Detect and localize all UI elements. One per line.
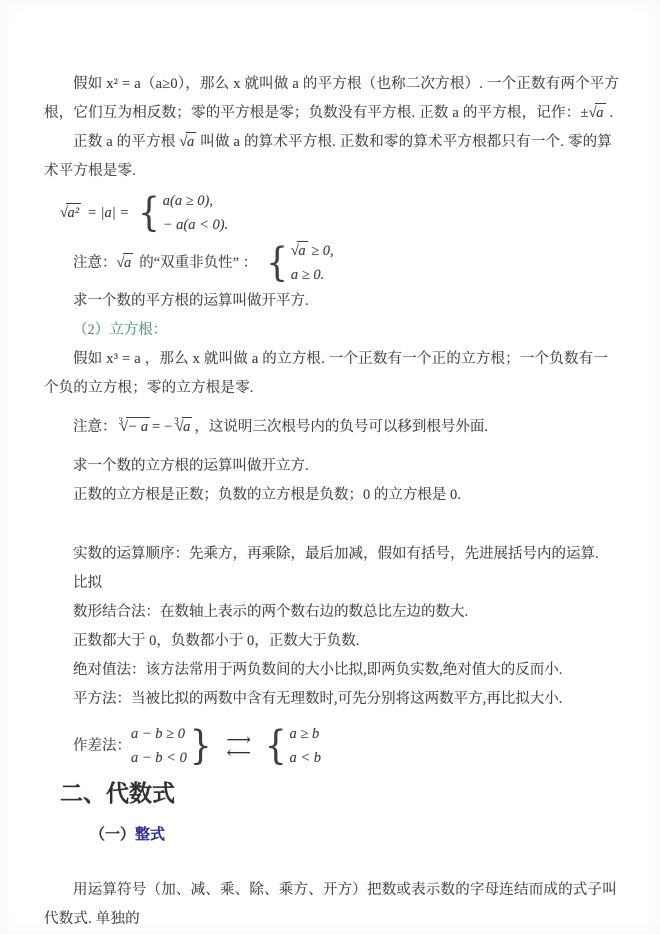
paragraph-algebraic-expression-definition: 用运算符号（加、减、乘、除、乘方、开方）把数或表示数的字母连结而成的式子叫代数式… <box>44 876 622 934</box>
sqrt-a-inline: √a <box>589 105 606 121</box>
sqrt-radicand: a <box>123 253 133 271</box>
root-radicand: − a <box>126 417 150 435</box>
cuberoot-a: 3√a <box>174 419 192 435</box>
sqrt-a-inline: √a <box>291 243 308 259</box>
subsection-term: 整式 <box>135 826 165 843</box>
equals-abs: = |a| = <box>87 199 129 228</box>
sqrt-radicand: a² <box>66 203 81 221</box>
left-brace: { <box>266 237 288 290</box>
cases-column: a ≥ b a < b <box>289 722 321 770</box>
p1-tail: . <box>606 105 614 121</box>
double-arrow-icon: ⟶ ⟵ <box>226 733 249 759</box>
cases-group: { √a ≥ 0, a ≥ 0. <box>263 239 333 287</box>
difference-method-label: 作差法： <box>73 732 131 761</box>
sqrt-a-inline: √a <box>179 134 196 150</box>
paragraph-square-root-definition: 假如 x² = a（a≥0），那么 x 就叫做 a 的平方根（也称二次方根）. … <box>44 70 622 128</box>
case-row-1: a ≥ b <box>289 722 321 746</box>
case-row-1: a(a ≥ 0), <box>163 189 228 213</box>
note-text: ，这说明三次根号内的负号可以移到根号外面. <box>194 419 488 435</box>
case-row-1: a − b ≥ 0 <box>131 722 187 746</box>
note-label: 注意： <box>73 249 117 278</box>
paragraph-squaring-method: 平方法：当被比拟的两数中含有无理数时,可先分别将这两数平方,再比拟大小. <box>44 685 622 714</box>
sqrt-radicand: a <box>595 103 605 121</box>
subsection-heading-integral-expressions: （一）整式 <box>90 822 622 848</box>
equals-minus: = − <box>152 419 172 435</box>
paragraph-cube-root-definition: 假如 x³ = a ，那么 x 就叫做 a 的立方根. 一个正数有一个正的立方根… <box>44 345 622 403</box>
cases-column: a − b ≥ 0 a − b < 0 <box>131 722 187 770</box>
paragraph-arithmetic-square-root: 正数 a 的平方根 √a 叫做 a 的算术平方根. 正数和零的算术平方根都只有一… <box>44 128 622 186</box>
note-cube-root-sign: 注意：3√− a= −3√a，这说明三次根号内的负号可以移到根号外面. <box>44 407 622 442</box>
left-brace: { <box>265 720 287 773</box>
right-cases-group: { a ≥ b a < b <box>262 722 321 770</box>
document-page: 假如 x² = a（a≥0），那么 x 就叫做 a 的平方根（也称二次方根）. … <box>0 0 660 934</box>
case-row-2: − a(a < 0). <box>163 213 228 237</box>
arrow-left-icon: ⟵ <box>226 746 249 759</box>
paragraph-sign-comparison: 正数都大于 0，负数都小于 0，正数大于负数. <box>44 627 622 656</box>
sqrt-a-inline: √a <box>117 249 134 278</box>
sqrt-a2: √a² <box>60 199 81 228</box>
right-brace: } <box>190 720 212 773</box>
left-cases-group: a − b ≥ 0 a − b < 0 } <box>131 722 214 770</box>
paragraph-number-line-method: 数形结合法：在数轴上表示的两个数右边的数总比左边的数大. <box>44 598 622 627</box>
formula-sqrt-a-squared: √a² = |a| = { a(a ≥ 0), − a(a < 0). <box>60 189 622 237</box>
paragraph-open-square: 求一个数的平方根的运算叫做开平方. <box>44 287 622 316</box>
left-brace: { <box>138 187 160 240</box>
p2-text: 正数 a 的平方根 <box>73 134 179 150</box>
sqrt-radicand: a <box>186 132 196 150</box>
root-radicand: a <box>182 417 192 435</box>
case1-rest: ≥ 0, <box>308 243 334 259</box>
case-row-2: a − b < 0 <box>131 746 187 770</box>
note-label: 注意： <box>73 419 117 435</box>
cases-group: { a(a ≥ 0), − a(a < 0). <box>135 189 228 237</box>
cases-column: √a ≥ 0, a ≥ 0. <box>291 239 334 287</box>
case-row-2: a ≥ 0. <box>291 263 334 287</box>
case-row-2: a < b <box>289 746 321 770</box>
sqrt-radicand: a <box>297 241 307 259</box>
subsection-prefix: （一） <box>90 826 135 843</box>
paragraph-compare-title: 比拟 <box>44 569 622 598</box>
p1-text: 假如 x² = a（a≥0），那么 x 就叫做 a 的平方根（也称二次方根）. … <box>44 76 619 121</box>
paragraph-open-cube: 求一个数的立方根的运算叫做开立方. <box>44 452 622 481</box>
section-heading-algebraic-expressions: 二、代数式 <box>60 778 622 808</box>
paragraph-absolute-value-method: 绝对值法：该方法常用于两负数间的大小比拟,即两负实数,绝对值大的反而小. <box>44 656 622 685</box>
note-double-nonnegativity: 注意： √a 的“双重非负性” ： { √a ≥ 0, a ≥ 0. <box>73 239 622 287</box>
case-row-1: √a ≥ 0, <box>291 239 334 263</box>
paragraph-operation-order: 实数的运算顺序：先乘方，再乘除，最后加减，假如有括号，先进展括号内的运算. <box>44 540 622 569</box>
paragraph-cube-root-signs: 正数的立方根是正数；负数的立方根是负数；0 的立方根是 0. <box>44 481 622 510</box>
subsection-cube-root-title: （2）立方根： <box>44 316 622 345</box>
note-text: 的“双重非负性” ： <box>139 249 257 278</box>
cases-column: a(a ≥ 0), − a(a < 0). <box>163 189 228 237</box>
cuberoot-neg-a: 3√− a <box>119 419 151 435</box>
formula-difference-method: 作差法： a − b ≥ 0 a − b < 0 } ⟶ ⟵ { a ≥ b a… <box>73 722 622 770</box>
